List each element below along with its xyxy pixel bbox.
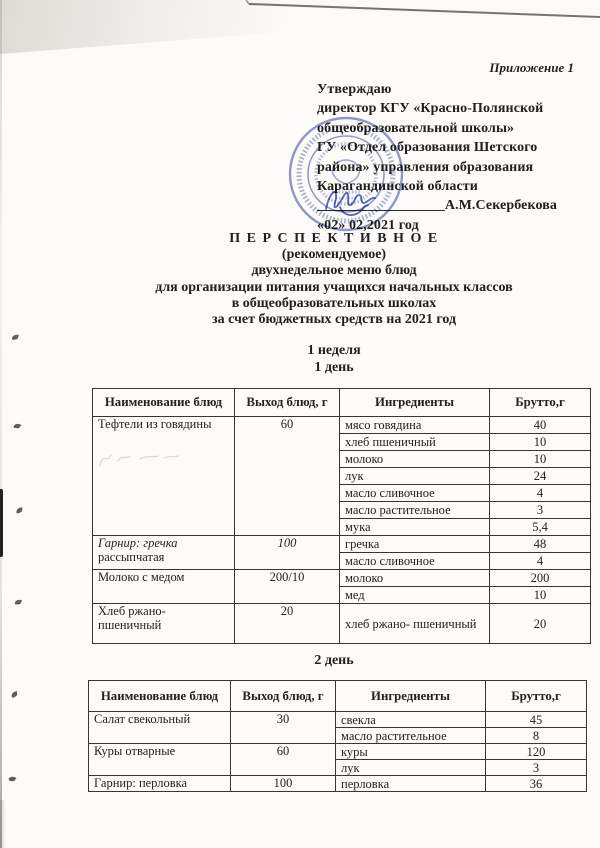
ink-speck-icon [12, 596, 26, 608]
brutto-cell: 3 [486, 760, 587, 776]
yield-cell: 60 [231, 744, 336, 776]
ingredient-cell: куры [336, 744, 486, 760]
ingredient-cell: хлеб пшеничный [340, 434, 490, 451]
yield-cell: 30 [231, 712, 336, 744]
table-row: Салат свекольный30свекла45 [89, 712, 587, 728]
brutto-cell: 10 [490, 451, 591, 468]
ingredient-cell: молоко [340, 451, 490, 468]
brutto-cell: 3 [490, 502, 591, 519]
ingredient-cell: лук [336, 760, 486, 776]
table-row: Хлеб ржано-пшеничный20хлеб ржано- пшенич… [93, 604, 591, 644]
title-line: за счет бюджетных средств на 2021 год [64, 312, 600, 328]
scan-binding-mark [0, 489, 3, 557]
column-header: Брутто,г [490, 389, 591, 417]
dish-cell: Молоко с медом [93, 570, 235, 604]
ingredient-cell: перловка [336, 776, 486, 792]
title-block: П Е Р С П Е К Т И В Н О Е (рекомендуемое… [64, 231, 600, 328]
dish-cell: Гарнир: гречка рассыпчатая [93, 536, 235, 570]
table-row: Куры отварные60куры120 [89, 744, 587, 760]
approval-line: Утверждаю [317, 80, 585, 99]
table-row: Гарнир: перловка100перловка36 [89, 776, 587, 792]
annotation: Приложение 1 [489, 60, 574, 76]
ingredient-cell: мука [340, 519, 490, 536]
scan-page-edge-line [0, 0, 600, 26]
brutto-cell: 10 [490, 587, 591, 604]
ingredient-cell: масло растительное [336, 728, 486, 744]
ingredient-cell: гречка [340, 536, 490, 553]
title-line: двухнедельное меню блюд [64, 263, 600, 279]
dish-cell: Хлеб ржано-пшеничный [93, 604, 235, 644]
column-header: Выход блюд, г [231, 681, 336, 712]
ingredient-cell: масло сливочное [340, 553, 490, 570]
brutto-cell: 8 [486, 728, 587, 744]
menu-table-day2: Наименование блюдВыход блюд, гИнгредиент… [88, 680, 587, 792]
brutto-cell: 45 [486, 712, 587, 728]
yield-cell: 100 [235, 536, 340, 570]
ingredient-cell: масло растительное [340, 502, 490, 519]
day-label: 2 день [64, 653, 600, 669]
brutto-cell: 120 [486, 744, 587, 760]
brutto-cell: 200 [490, 570, 591, 587]
brutto-cell: 10 [490, 434, 591, 451]
brutto-cell: 5,4 [490, 519, 591, 536]
signature-scribble-icon [321, 182, 401, 220]
column-header: Ингредиенты [336, 681, 486, 712]
ink-speck-icon [5, 772, 20, 786]
brutto-cell: 40 [490, 417, 591, 434]
brutto-cell: 20 [490, 604, 591, 644]
week-label: 1 неделя [64, 343, 600, 359]
scan-left-edge [0, 0, 2, 848]
signatory-name: А.М.Секербекова [445, 198, 557, 213]
dish-cell: Куры отварные [89, 744, 231, 776]
dish-cell: Тефтели из говядины [93, 417, 235, 536]
day-label: 1 день [64, 360, 600, 376]
menu-table-day1: Наименование блюдВыход блюд, гИнгредиент… [92, 388, 591, 644]
title-line: для организации питания учащихся начальн… [64, 280, 600, 296]
brutto-cell: 48 [490, 536, 591, 553]
ingredient-cell: свекла [336, 712, 486, 728]
brutto-cell: 4 [490, 485, 591, 502]
dish-cell: Гарнир: перловка [89, 776, 231, 792]
dish-cell: Салат свекольный [89, 712, 231, 744]
brutto-cell: 36 [486, 776, 587, 792]
ink-speck-icon [10, 332, 22, 342]
column-header: Наименование блюд [93, 389, 235, 417]
yield-cell: 100 [231, 776, 336, 792]
table-row: Тефтели из говядины60мясо говядина40 [93, 417, 591, 434]
column-header: Брутто,г [486, 681, 587, 712]
brutto-cell: 24 [490, 468, 591, 485]
yield-cell: 20 [235, 604, 340, 644]
column-header: Ингредиенты [340, 389, 490, 417]
ink-speck-icon [11, 419, 26, 432]
ink-speck-icon [8, 687, 23, 701]
ingredient-cell: масло сливочное [340, 485, 490, 502]
ingredient-cell: мясо говядина [340, 417, 490, 434]
ingredient-cell: мед [340, 587, 490, 604]
scanned-document-page: Приложение 1 Утверждаю директор КГУ «Кра… [0, 0, 600, 848]
column-header: Наименование блюд [89, 681, 231, 712]
pencil-mark-icon [96, 446, 182, 472]
ingredient-cell: лук [340, 468, 490, 485]
ink-speck-icon [13, 504, 27, 516]
table-row: Молоко с медом200/10молоко200 [93, 570, 591, 587]
title-line: (рекомендуемое) [64, 247, 600, 263]
title-line: в общеобразовательных школах [64, 296, 600, 312]
header-row: Наименование блюдВыход блюд, гИнгредиент… [89, 681, 587, 712]
scan-corner-smudge [0, 800, 6, 848]
yield-cell: 60 [235, 417, 340, 536]
ingredient-cell: молоко [340, 570, 490, 587]
brutto-cell: 4 [490, 553, 591, 570]
table-row: Гарнир: гречка рассыпчатая100гречка48 [93, 536, 591, 553]
yield-cell: 200/10 [235, 570, 340, 604]
ingredient-cell: хлеб ржано- пшеничный [340, 604, 490, 644]
header-row: Наименование блюдВыход блюд, гИнгредиент… [93, 389, 591, 417]
column-header: Выход блюд, г [235, 389, 340, 417]
title-line: П Е Р С П Е К Т И В Н О Е [64, 231, 600, 247]
